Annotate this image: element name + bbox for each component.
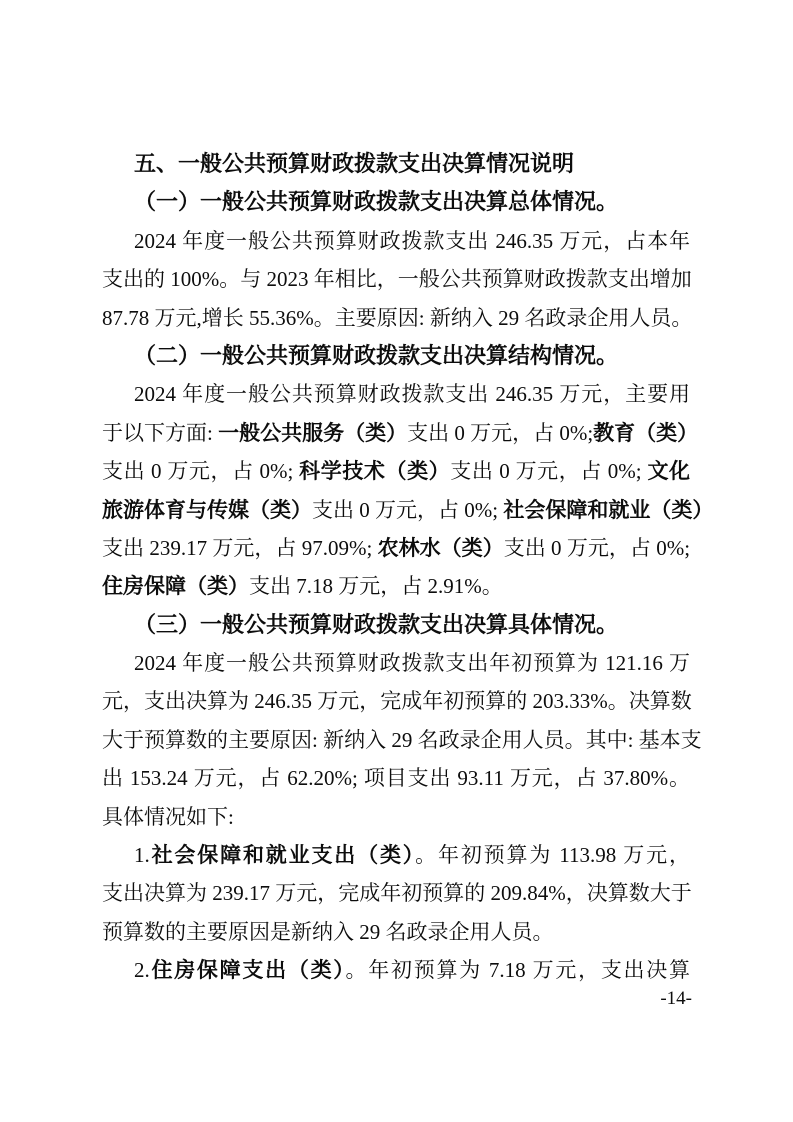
bold-text-run: 住房保障（类）: [102, 575, 249, 598]
text-run: 支出 239.17 万元，占 97.09%;: [102, 536, 378, 560]
text-line: 支出的 100%。与 2023 年相比，一般公共预算财政拨款支出增加: [102, 260, 690, 298]
section-heading: （一）一般公共预算财政拨款支出决算总体情况。: [102, 183, 690, 221]
bold-text-run: 教育（类）: [593, 422, 698, 445]
bold-text-run: 科学技术（类）: [299, 460, 450, 483]
text-line: 支出 239.17 万元，占 97.09%; 农林水（类）支出 0 万元，占 0…: [102, 529, 690, 567]
document-body: 五、一般公共预算财政拨款支出决算情况说明（一）一般公共预算财政拨款支出决算总体情…: [102, 145, 690, 990]
text-line: 支出 0 万元，占 0%; 科学技术（类）支出 0 万元，占 0%; 文化: [102, 452, 690, 490]
text-line: 元，支出决算为 246.35 万元，完成年初预算的 203.33%。决算数: [102, 682, 690, 720]
text-line: 1.社会保障和就业支出（类）。年初预算为 113.98 万元，: [102, 836, 690, 874]
text-run: 支出 0 万元，占 0%;: [102, 459, 299, 483]
text-run: 2024 年度一般公共预算财政拨款支出年初预算为 121.16 万: [134, 651, 690, 675]
text-line: 大于预算数的主要原因: 新纳入 29 名政录企用人员。其中: 基本支: [102, 721, 690, 759]
text-line: 预算数的主要原因是新纳入 29 名政录企用人员。: [102, 913, 690, 951]
page-number: -14-: [660, 988, 692, 1010]
text-run: 于以下方面:: [102, 421, 218, 445]
document-page: 五、一般公共预算财政拨款支出决算情况说明（一）一般公共预算财政拨款支出决算总体情…: [0, 0, 793, 1122]
text-run: 2024 年度一般公共预算财政拨款支出 246.35 万元，主要用: [134, 382, 690, 406]
section-heading: 五、一般公共预算财政拨款支出决算情况说明: [102, 145, 690, 183]
text-run: 支出 0 万元，占 0%;: [312, 498, 503, 522]
text-run: 支出的 100%。与 2023 年相比，一般公共预算财政拨款支出增加: [102, 267, 692, 291]
bold-text-run: 社会保障和就业（类）: [503, 499, 713, 522]
bold-text-run: （一）一般公共预算财政拨款支出决算总体情况。: [134, 189, 618, 214]
text-run: 87.78 万元,增长 55.36%。主要原因: 新纳入 29 名政录企用人员。: [102, 306, 692, 330]
text-run: 预算数的主要原因是新纳入 29 名政录企用人员。: [102, 920, 554, 944]
bold-text-run: 五、一般公共预算财政拨款支出决算情况说明: [134, 151, 574, 176]
text-run: 支出 0 万元，占 0%;: [450, 459, 647, 483]
text-run: 2024 年度一般公共预算财政拨款支出 246.35 万元，占本年: [134, 229, 690, 253]
bold-text-run: 住房保障支出（类）: [150, 959, 346, 982]
text-line: 出 153.24 万元，占 62.20%; 项目支出 93.11 万元，占 37…: [102, 759, 690, 797]
text-line: 2024 年度一般公共预算财政拨款支出年初预算为 121.16 万: [102, 644, 690, 682]
text-run: 支出 0 万元，占 0%;: [407, 421, 593, 445]
bold-text-run: （二）一般公共预算财政拨款支出决算结构情况。: [134, 343, 618, 368]
text-run: 支出决算为 239.17 万元，完成年初预算的 209.84%，决算数大于: [102, 881, 692, 905]
text-line: 旅游体育与传媒（类）支出 0 万元，占 0%; 社会保障和就业（类）: [102, 491, 690, 529]
text-run: 大于预算数的主要原因: 新纳入 29 名政录企用人员。其中: 基本支: [102, 728, 702, 752]
text-line: 2024 年度一般公共预算财政拨款支出 246.35 万元，占本年: [102, 222, 690, 260]
text-line: 2.住房保障支出（类）。年初预算为 7.18 万元，支出决算: [102, 951, 690, 989]
text-run: 1.: [134, 843, 150, 867]
text-run: 支出 0 万元，占 0%;: [504, 536, 690, 560]
text-line: 于以下方面: 一般公共服务（类）支出 0 万元，占 0%;教育（类）: [102, 414, 690, 452]
text-run: 元，支出决算为 246.35 万元，完成年初预算的 203.33%。决算数: [102, 689, 692, 713]
bold-text-run: 农林水（类）: [378, 537, 504, 560]
text-run: 。年初预算为 7.18 万元，支出决算: [346, 958, 690, 982]
text-run: 出 153.24 万元，占 62.20%; 项目支出 93.11 万元，占 37…: [102, 766, 690, 790]
bold-text-run: 社会保障和就业支出（类）: [150, 844, 415, 867]
text-run: 。年初预算为 113.98 万元，: [415, 843, 690, 867]
bold-text-run: 文化: [647, 460, 690, 483]
text-line: 具体情况如下:: [102, 798, 690, 836]
section-heading: （二）一般公共预算财政拨款支出决算结构情况。: [102, 337, 690, 375]
text-run: 支出 7.18 万元，占 2.91%。: [249, 574, 503, 598]
bold-text-run: 一般公共服务（类）: [218, 422, 407, 445]
text-line: 支出决算为 239.17 万元，完成年初预算的 209.84%，决算数大于: [102, 874, 690, 912]
bold-text-run: （三）一般公共预算财政拨款支出决算具体情况。: [134, 612, 618, 637]
text-run: 2.: [134, 958, 150, 982]
section-heading: （三）一般公共预算财政拨款支出决算具体情况。: [102, 606, 690, 644]
bold-text-run: 旅游体育与传媒（类）: [102, 499, 312, 522]
text-line: 87.78 万元,增长 55.36%。主要原因: 新纳入 29 名政录企用人员。: [102, 299, 690, 337]
text-run: 具体情况如下:: [102, 805, 234, 829]
text-line: 住房保障（类）支出 7.18 万元，占 2.91%。: [102, 567, 690, 605]
text-line: 2024 年度一般公共预算财政拨款支出 246.35 万元，主要用: [102, 375, 690, 413]
